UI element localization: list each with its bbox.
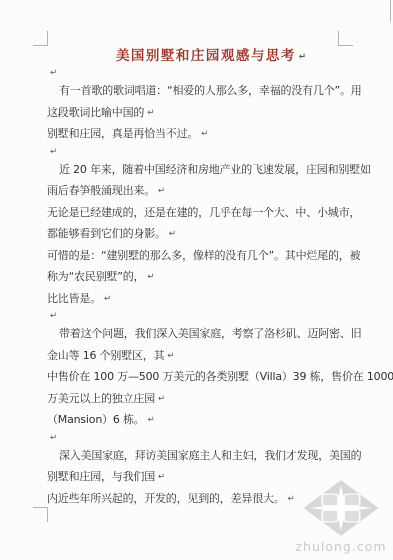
text-line: 都能够看到它们的身影。↵ [47, 223, 375, 245]
line-text: 都能够看到它们的身影。 [47, 227, 166, 240]
blank-line: ↵ [47, 66, 375, 80]
text-line: 比比皆是。↵ [47, 288, 375, 310]
line-text: 雨后春笋般涌现出来。 [47, 184, 155, 197]
paragraph-mark: ↵ [158, 181, 165, 203]
text-line: 别墅和庄园，与我们国↵ [47, 466, 375, 488]
paragraph-mark: ↵ [50, 431, 57, 445]
line-text: 深入美国家庭，拜访美国家庭主人和主妇，我们才发现，美国的 [47, 449, 361, 462]
paragraph-mark: ↵ [104, 289, 111, 311]
paragraph-mark: ↵ [158, 389, 165, 411]
paragraph-mark: ↵ [201, 124, 208, 146]
text-line: 万美元以上的独立庄园↵ [47, 388, 375, 410]
line-text: 近 20 年来，随着中国经济和房地产业的飞速发展，庄园和别墅如 [47, 163, 371, 176]
line-text: 别墅和庄园，真是再恰当不过。 [47, 127, 198, 140]
line-text: 称为“农民别墅”的， [47, 270, 144, 283]
text-line: 无论是已经建成的，还是在建的，几乎在每一个大、中、小城市， [47, 202, 375, 224]
line-text: （Mansion）6 栋。 [47, 413, 145, 426]
text-line: 带着这个问题，我们深入美国家庭，考察了洛杉矶、迈阿密、旧 [47, 323, 375, 345]
paragraph-mark: ↵ [50, 309, 57, 323]
text-line: （Mansion）6 栋。↵ [47, 409, 375, 431]
text-line: 称为“农民别墅”的，↵ [47, 266, 375, 288]
margin-crop-mark-bottom-left [33, 507, 48, 522]
document-title-text: 美国别墅和庄园观感与思考 [116, 48, 296, 64]
document-page: 美国别墅和庄园观感与思考↵ ↵有一首歌的歌词唱道：“相爱的人那么多，幸福的没有几… [0, 0, 393, 560]
text-line: 雨后春笋般涌现出来。↵ [47, 180, 375, 202]
paragraph-mark: ↵ [50, 145, 57, 159]
text-line: 有一首歌的歌词唱道：“相爱的人那么多，幸福的没有几个”。用 [47, 80, 375, 102]
text-line: 金山等 16 个别墅区，其↵ [47, 345, 375, 367]
blank-line: ↵ [47, 145, 375, 159]
text-line: 别墅和庄园，真是再恰当不过。↵ [47, 123, 375, 145]
document-body: 美国别墅和庄园观感与思考↵ ↵有一首歌的歌词唱道：“相爱的人那么多，幸福的没有几… [0, 0, 393, 509]
line-text: 万美元以上的独立庄园 [47, 392, 155, 405]
text-line: 中售价在 100 万—500 万美元的各类别墅（Villa）39 栋，售价在 1… [47, 366, 375, 388]
line-text: 中售价在 100 万—500 万美元的各类别墅（Villa）39 栋，售价在 1… [47, 370, 393, 383]
line-text: 有一首歌的歌词唱道：“相爱的人那么多，幸福的没有几个”。用 [47, 84, 362, 97]
paragraph-mark: ↵ [299, 47, 306, 67]
text-line: 这段歌词比喻中国的↵ [47, 102, 375, 124]
paragraph-mark: ↵ [158, 467, 165, 489]
paragraph-mark: ↵ [147, 103, 154, 125]
paragraph-mark: ↵ [169, 224, 176, 246]
blank-line: ↵ [47, 309, 375, 323]
paragraph-mark: ↵ [147, 267, 154, 289]
blank-line: ↵ [47, 431, 375, 445]
paragraph-mark: ↵ [167, 346, 174, 368]
line-text: 金山等 16 个别墅区，其 [47, 349, 164, 362]
line-text: 这段歌词比喻中国的 [47, 106, 144, 119]
line-text: 比比皆是。 [47, 292, 101, 305]
document-lines: ↵有一首歌的歌词唱道：“相爱的人那么多，幸福的没有几个”。用这段歌词比喻中国的↵… [47, 66, 375, 509]
text-line: 内近些年所兴起的，开发的，见到的，差异很大。↵ [47, 488, 375, 510]
text-line: 可惜的是：“建别墅的那么多，像样的没有几个”。其中烂尾的，被 [47, 245, 375, 267]
document-title: 美国别墅和庄园观感与思考↵ [47, 46, 375, 66]
text-line: 近 20 年来，随着中国经济和房地产业的飞速发展，庄园和别墅如 [47, 159, 375, 181]
paragraph-mark: ↵ [288, 489, 295, 511]
line-text: 内近些年所兴起的，开发的，见到的，差异很大。 [47, 492, 285, 505]
line-text: 无论是已经建成的，还是在建的，几乎在每一个大、中、小城市， [47, 206, 360, 219]
paragraph-mark: ↵ [148, 410, 155, 432]
paragraph-mark: ↵ [50, 66, 57, 80]
line-text: 带着这个问题，我们深入美国家庭，考察了洛杉矶、迈阿密、旧 [47, 327, 361, 340]
watermark-text: zhulong.com [295, 539, 387, 554]
line-text: 别墅和庄园，与我们国 [47, 470, 155, 483]
text-line: 深入美国家庭，拜访美国家庭主人和主妇，我们才发现，美国的 [47, 445, 375, 467]
line-text: 可惜的是：“建别墅的那么多，像样的没有几个”。其中烂尾的，被 [47, 249, 360, 262]
margin-crop-mark-bottom-right [338, 507, 353, 522]
